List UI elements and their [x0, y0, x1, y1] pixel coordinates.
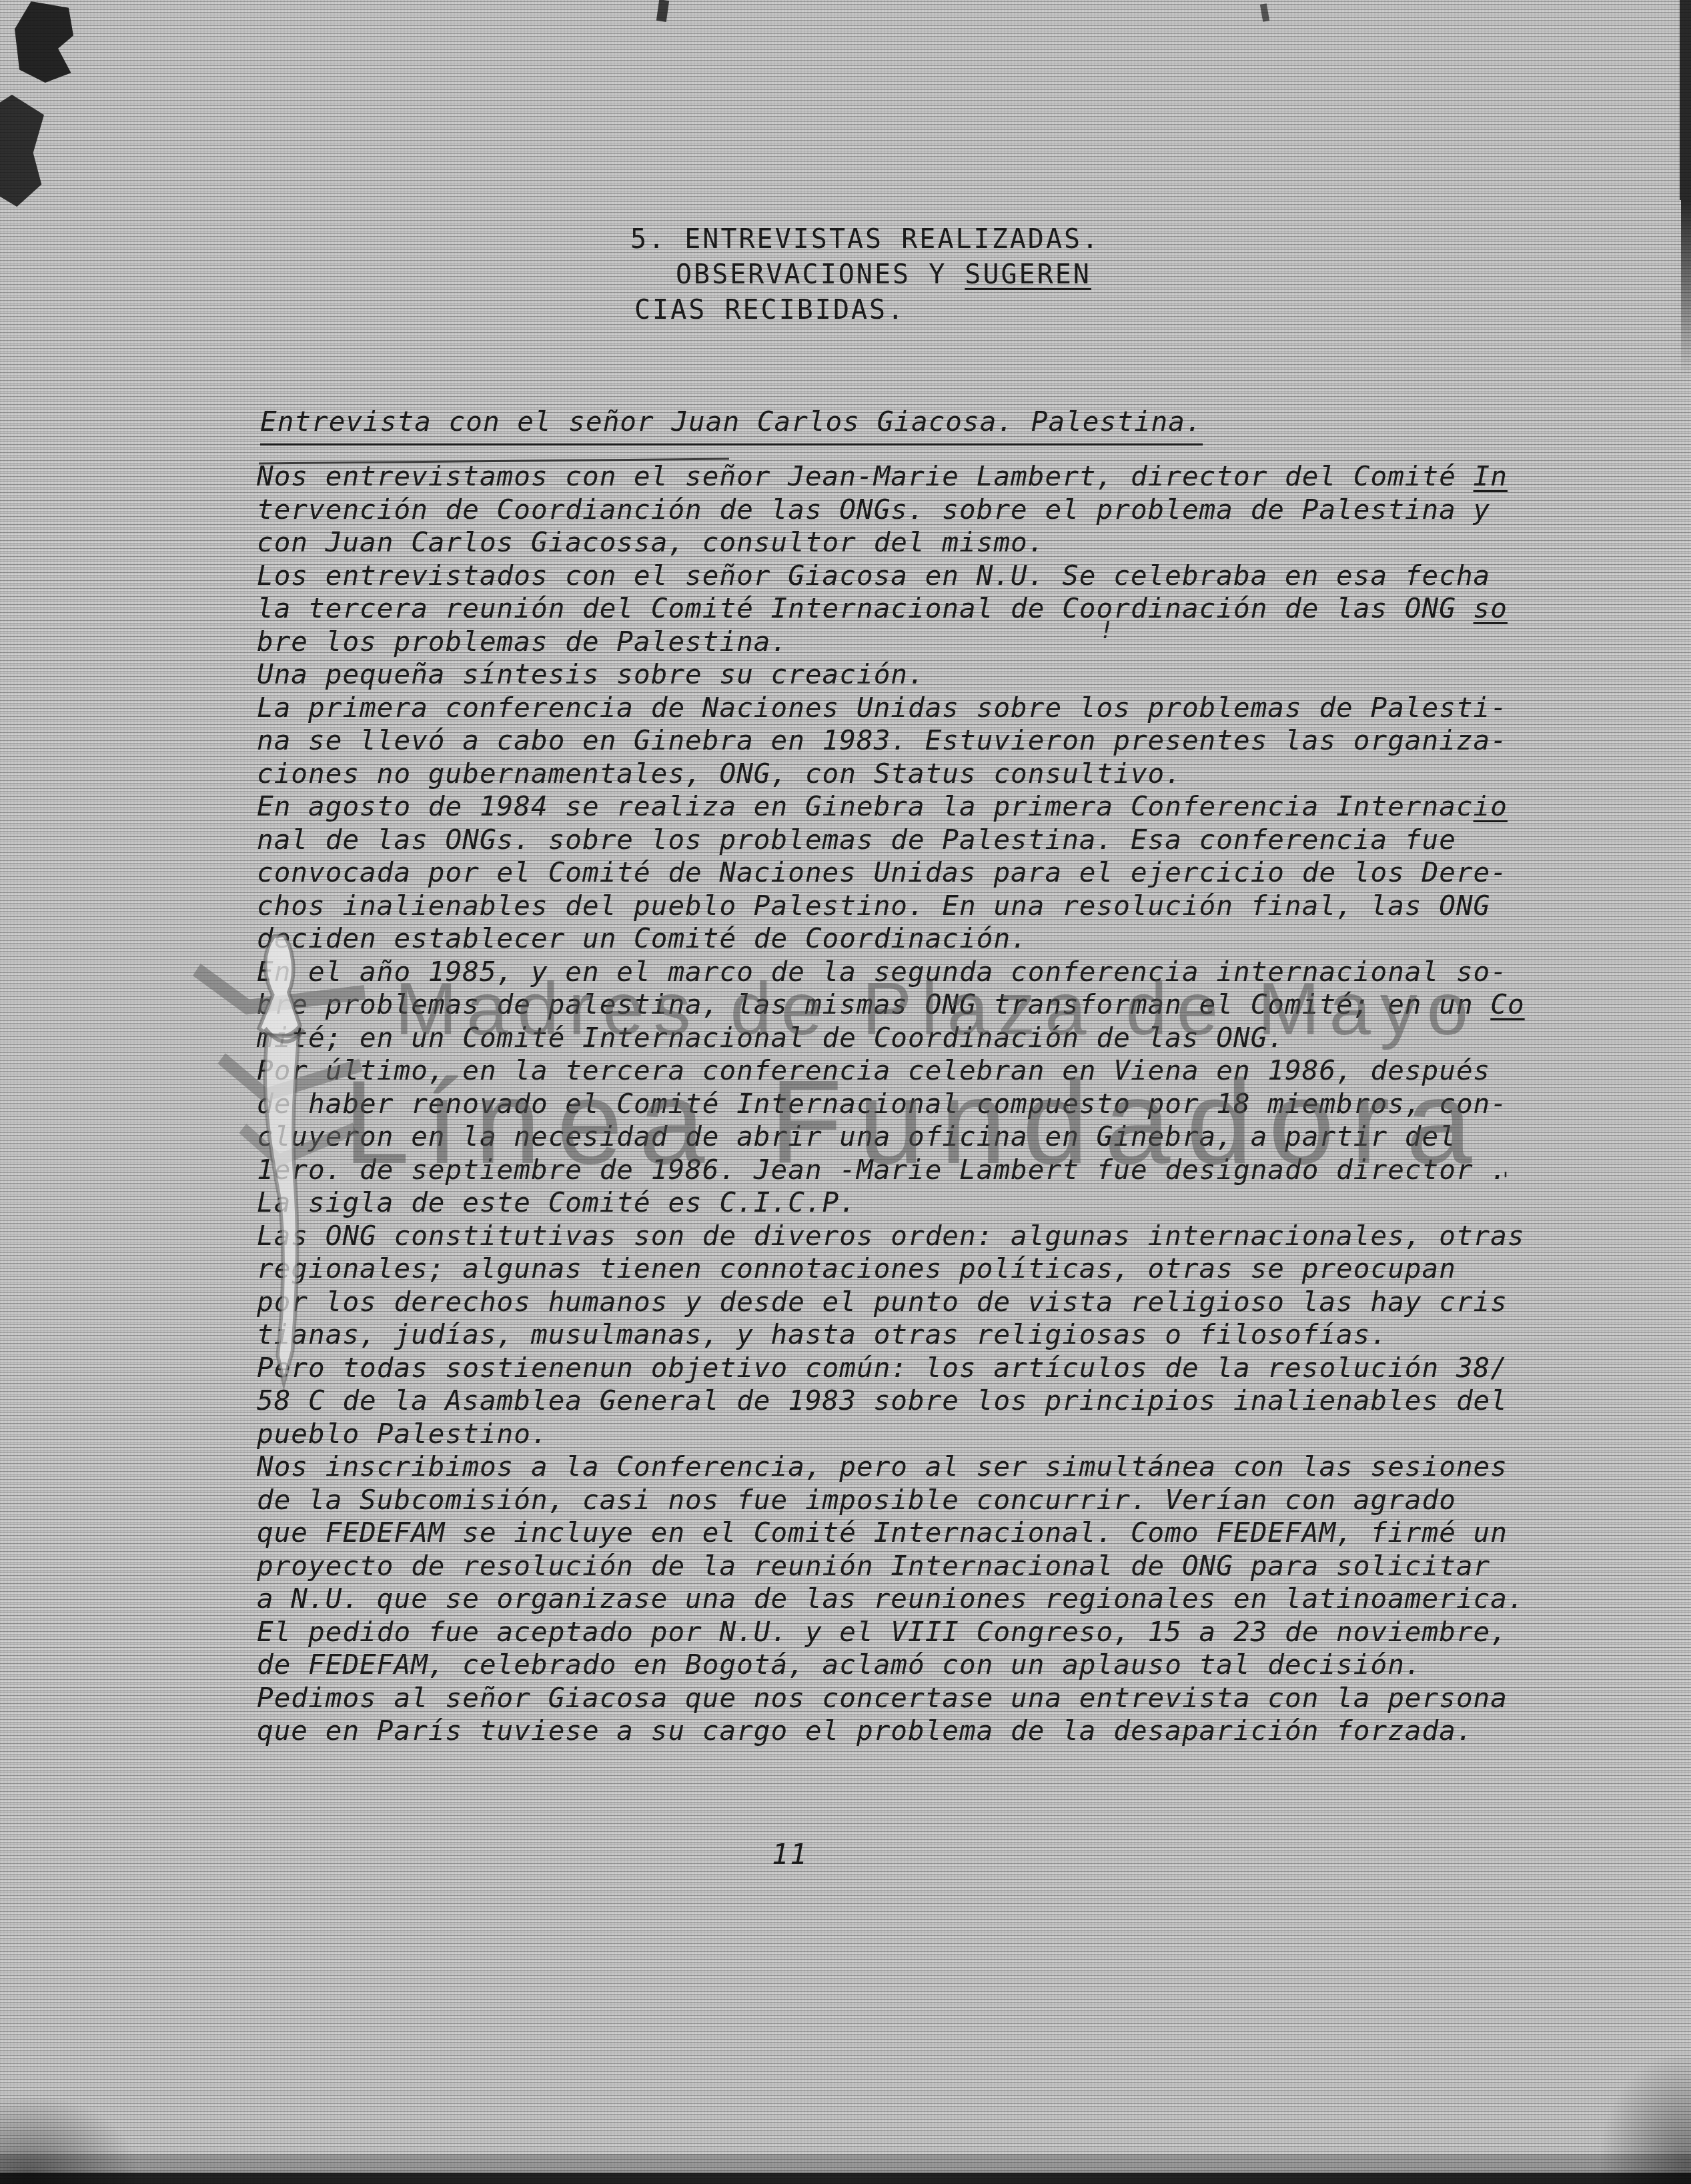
- text-line: bre los problemas de Palestina.: [257, 626, 1525, 659]
- section-title: Entrevista con el señor Juan Carlos Giac…: [260, 405, 1203, 437]
- text-line: La sigla de este Comité es C.I.C.P.: [257, 1186, 1525, 1220]
- text-line: convocada por el Comité de Naciones Unid…: [257, 856, 1525, 890]
- scan-artifact-top-tick: [1260, 3, 1269, 21]
- scan-artifact-bottom-band: [0, 2173, 1691, 2184]
- scan-artifact-bottom-band-soft: [0, 2154, 1691, 2174]
- hyphenation-underline: io: [1474, 790, 1508, 822]
- heading-line-3: CIAS RECIBIDAS.: [634, 293, 1104, 328]
- scan-artifact-right-edge-fade: [1681, 200, 1691, 377]
- text-line: de FEDEFAM, celebrado en Bogotá, aclamó …: [257, 1649, 1525, 1682]
- stray-ink-mark: !: [1099, 617, 1114, 644]
- text-line: Pero todas sostienenun objetivo común: l…: [257, 1352, 1525, 1385]
- text-line: que FEDEFAM se incluye en el Comité Inte…: [257, 1516, 1525, 1550]
- text-line: ciones no gubernamentales, ONG, con Stat…: [257, 758, 1525, 791]
- text-line: Los entrevistados con el señor Giacosa e…: [257, 560, 1525, 593]
- text-line: la tercera reunión del Comité Internacio…: [257, 592, 1525, 626]
- text-line: El pedido fue aceptado por N.U. y el VII…: [257, 1616, 1525, 1649]
- scan-artifact-bottom-right-smudge: [1598, 2051, 1691, 2184]
- text-line: bre problemas de palestina, las mismas O…: [257, 988, 1525, 1022]
- scanned-document-page: 5. ENTREVISTAS REALIZADAS. OBSERVACIONES…: [0, 0, 1691, 2184]
- text-line: cluyeron en la necesidad de abrir una of…: [257, 1120, 1525, 1154]
- heading-line-2: OBSERVACIONES Y SUGEREN: [676, 257, 1145, 293]
- text-line: En agosto de 1984 se realiza en Ginebra …: [257, 790, 1525, 824]
- text-line: pueblo Palestino.: [257, 1418, 1525, 1451]
- scan-artifact-corner-blob: [0, 95, 44, 207]
- text-line: na se llevó a cabo en Ginebra en 1983. E…: [257, 724, 1525, 758]
- hyphenation-underline: In: [1474, 460, 1508, 492]
- hyphenation-underline: so: [1474, 592, 1508, 624]
- text-line: por los derechos humanos y desde el punt…: [257, 1286, 1525, 1319]
- text-line: La primera conferencia de Naciones Unida…: [257, 692, 1525, 725]
- text-line: a N.U. que se organizase una de las reun…: [257, 1582, 1525, 1616]
- text-line: proyecto de resolución de la reunión Int…: [257, 1550, 1525, 1583]
- heading-line-1: 5. ENTREVISTAS REALIZADAS.: [630, 222, 1100, 257]
- text-line: En el año 1985, y en el marco de la segu…: [257, 956, 1525, 989]
- text-line: con Juan Carlos Giacossa, consultor del …: [257, 526, 1525, 560]
- text-line: Las ONG constitutivas son de diveros ord…: [257, 1220, 1525, 1253]
- heading-line-2-underlined: SUGEREN: [965, 259, 1091, 290]
- hyphenation-underline: Co: [1490, 988, 1524, 1020]
- text-line: de haber renovado el Comité Internaciona…: [257, 1088, 1525, 1121]
- text-line: tianas, judías, musulmanas, y hasta otra…: [257, 1318, 1525, 1352]
- scan-artifact-right-edge: [1680, 0, 1691, 200]
- scan-artifact-bottom-left-smudge: [0, 2094, 140, 2184]
- scan-artifact-top-tick: [656, 0, 669, 22]
- text-line: 58 C de la Asamblea General de 1983 sobr…: [257, 1384, 1525, 1418]
- page-number: 11: [772, 1838, 808, 1871]
- scan-artifact-corner-blob: [15, 1, 73, 83]
- text-line: Nos inscribimos a la Conferencia, pero a…: [257, 1450, 1525, 1484]
- text-line: regionales; algunas tienen connotaciones…: [257, 1252, 1525, 1286]
- text-line: chos inalienables del pueblo Palestino. …: [257, 890, 1525, 923]
- heading-line-2-text: OBSERVACIONES Y: [676, 259, 965, 290]
- text-line: Pedimos al señor Giacosa que nos concert…: [257, 1682, 1525, 1715]
- text-line: Por último, en la tercera conferencia ce…: [257, 1054, 1525, 1088]
- section-title-text: Entrevista con el señor Juan Carlos Giac…: [260, 405, 1203, 445]
- text-line: mité; en un Comité Internacional de Coor…: [257, 1022, 1525, 1055]
- text-line: 1ero. de septiembre de 1986. Jean -Marie…: [257, 1154, 1525, 1187]
- text-line: de la Subcomisión, casi nos fue imposibl…: [257, 1484, 1525, 1517]
- text-line: Una pequeña síntesis sobre su creación.: [257, 658, 1525, 692]
- text-line: nal de las ONGs. sobre los problemas de …: [257, 824, 1525, 857]
- document-heading: 5. ENTREVISTAS REALIZADAS. OBSERVACIONES…: [630, 222, 1100, 328]
- text-line: que en París tuviese a su cargo el probl…: [257, 1715, 1525, 1748]
- text-line: Nos entrevistamos con el señor Jean-Mari…: [257, 460, 1525, 493]
- margin-ink-mark: ': [1500, 1168, 1512, 1192]
- body-text: Nos entrevistamos con el señor Jean-Mari…: [257, 460, 1525, 1748]
- text-line: tervención de Coordianción de las ONGs. …: [257, 493, 1525, 527]
- text-line: deciden establecer un Comité de Coordina…: [257, 922, 1525, 956]
